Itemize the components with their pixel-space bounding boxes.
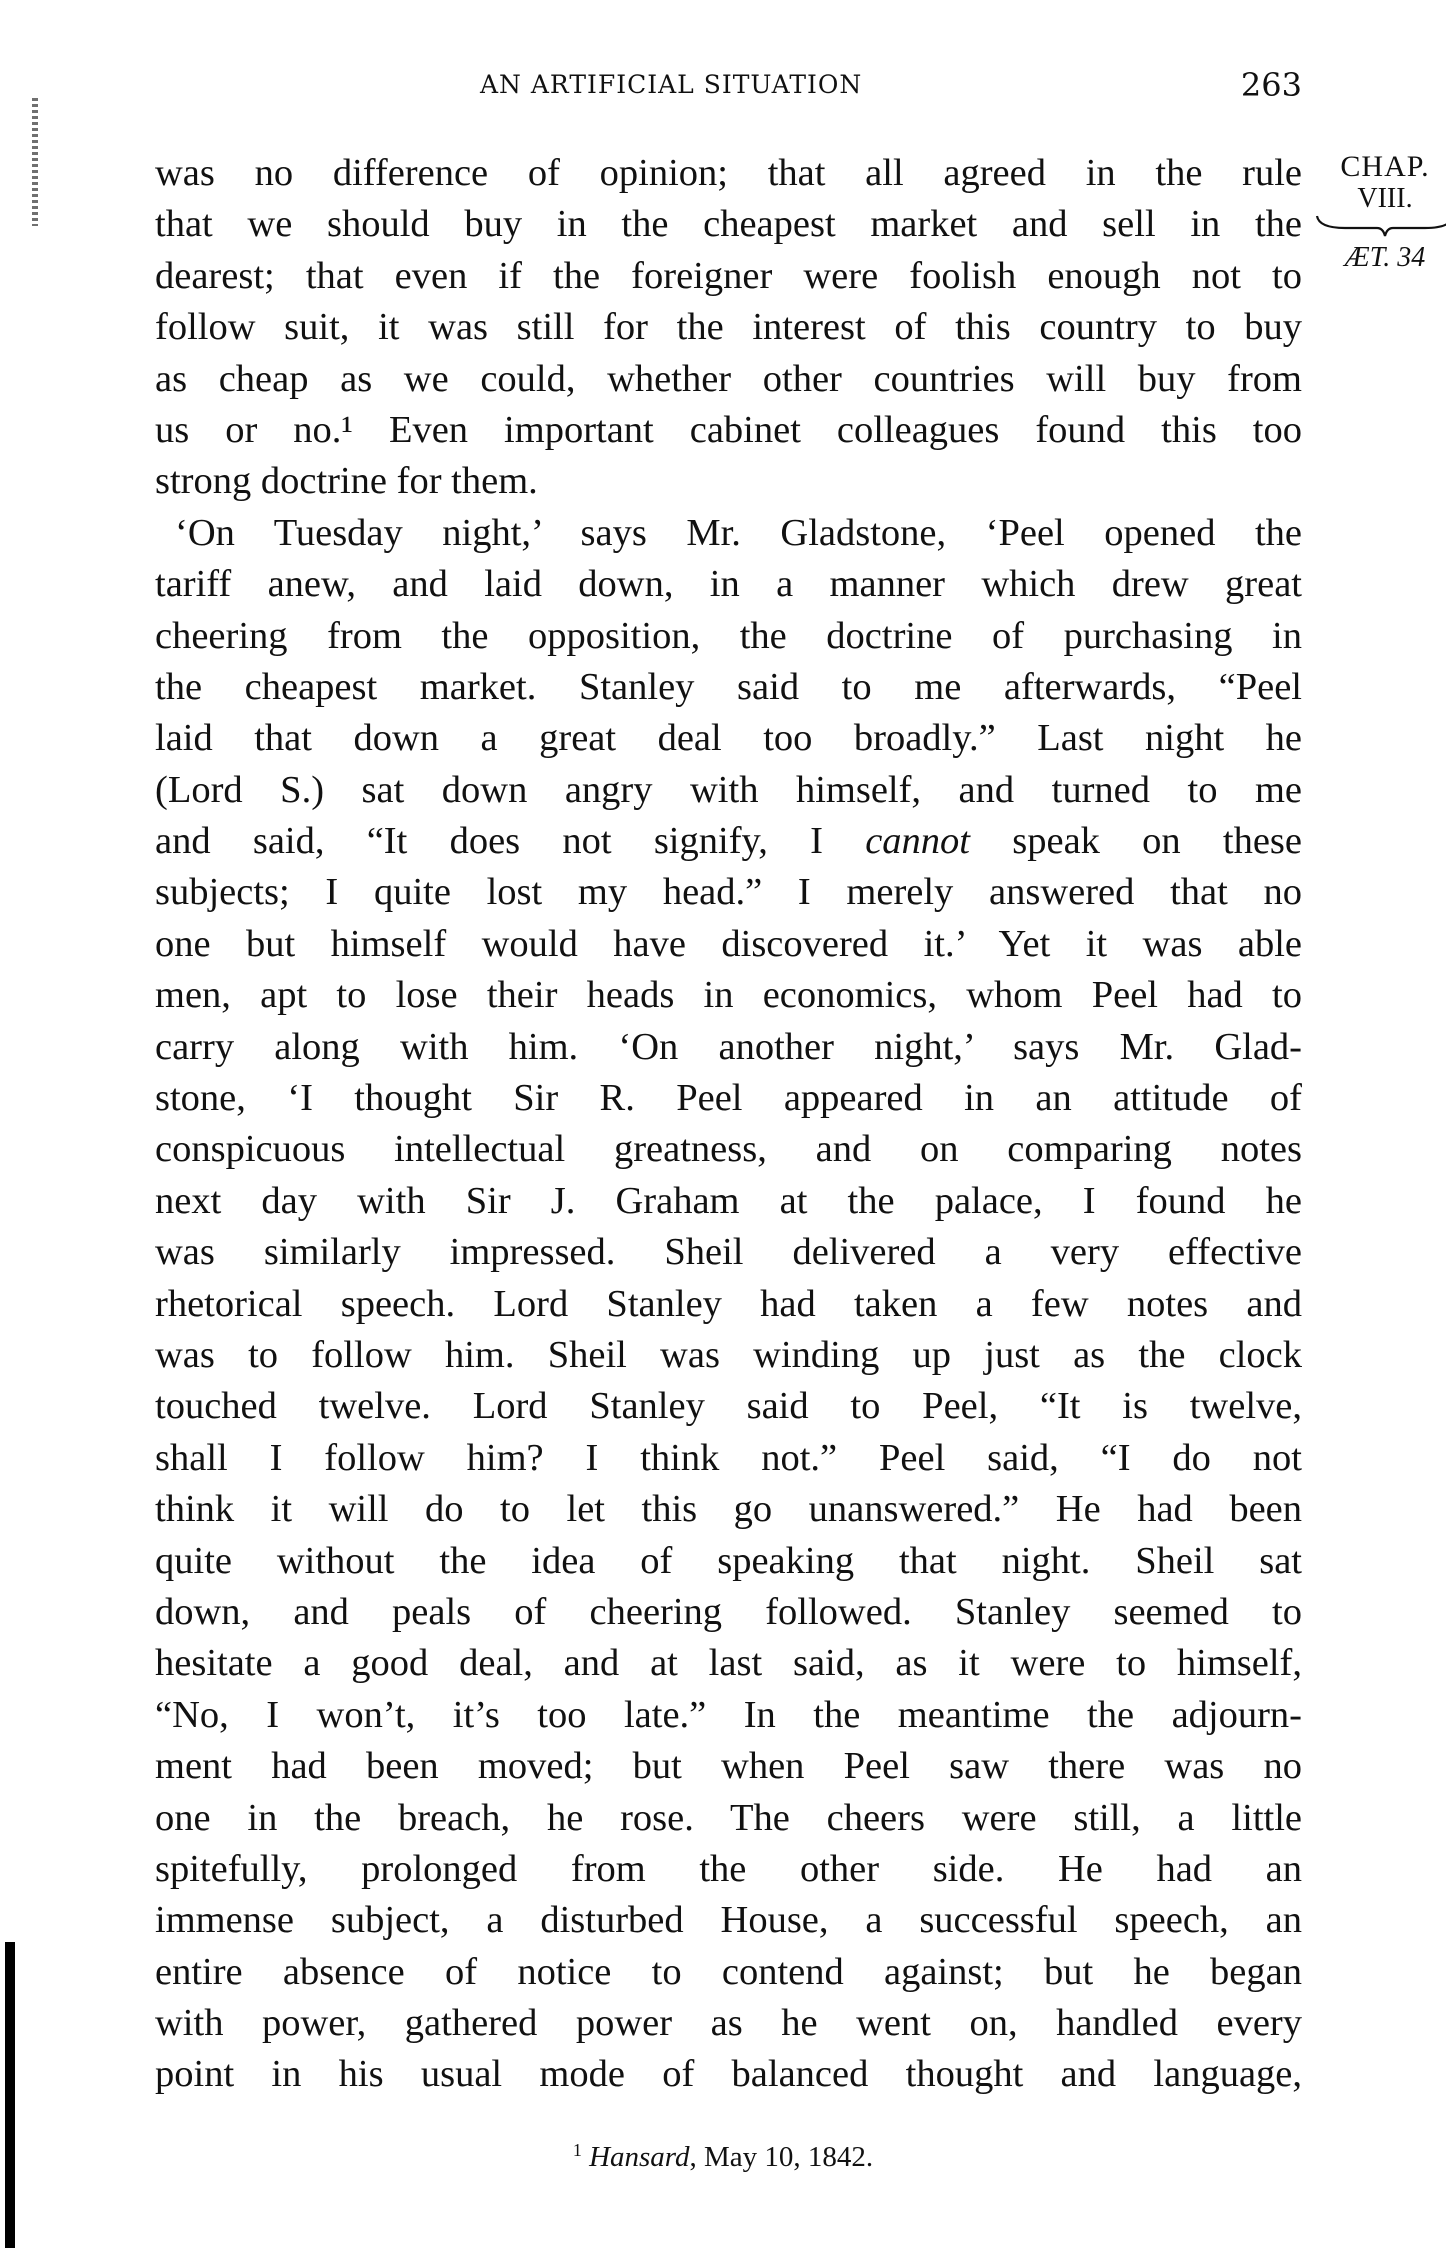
text-line: subjects; I quite lost my head.” I merel… [155,867,1302,918]
footnote: 1 Hansard, May 10, 1842. [0,2140,1446,2174]
text-line: dearest; that even if the foreigner were… [155,251,1302,302]
text-line: carry along with him. ‘On another night,… [155,1022,1302,1073]
text-line: one in the breach, he rose. The cheers w… [155,1793,1302,1844]
body-text: was no difference of opinion; that all a… [155,148,1302,2101]
text-line: cheering from the opposition, the doctri… [155,611,1302,662]
text-line: laid that down a great deal too broadly.… [155,713,1302,764]
text-line: and said, “It does not signify, I cannot… [155,816,1302,867]
running-title: AN ARTIFICIAL SITUATION [480,70,862,99]
text-line: down, and peals of cheering followed. St… [155,1587,1302,1638]
text-line: was similarly impressed. Sheil delivered… [155,1227,1302,1278]
age-label: ÆT. 34 [1310,242,1446,274]
text-line: hesitate a good deal, and at last said, … [155,1638,1302,1689]
text-line: point in his usual mode of balanced thou… [155,2049,1302,2100]
text-line: quite without the idea of speaking that … [155,1536,1302,1587]
text-line: conspicuous intellectual greatness, and … [155,1124,1302,1175]
text-line: next day with Sir J. Graham at the palac… [155,1176,1302,1227]
text-line: men, apt to lose their heads in economic… [155,970,1302,1021]
text-line: was no difference of opinion; that all a… [155,148,1302,199]
text-line: us or no.¹ Even important cabinet collea… [155,405,1302,456]
text-line: immense subject, a disturbed House, a su… [155,1895,1302,1946]
text-line: ment had been moved; but when Peel saw t… [155,1741,1302,1792]
emphasis: cannot [865,820,970,862]
footnote-source: Hansard [589,2141,689,2173]
scan-edge-shadow [5,1942,15,2248]
text-line: touched twelve. Lord Stanley said to Pee… [155,1381,1302,1432]
text-line: follow suit, it was still for the intere… [155,302,1302,353]
text-line: with power, gathered power as he went on… [155,1998,1302,2049]
text-line: shall I follow him? I think not.” Peel s… [155,1433,1302,1484]
text-line: (Lord S.) sat down angry with himself, a… [155,765,1302,816]
chapter-number: VIII. [1310,184,1446,214]
scan-artifact [32,98,38,226]
text-line: strong doctrine for them. [155,456,1302,507]
text-line: ‘On Tuesday night,’ says Mr. Gladstone, … [155,508,1302,559]
text-line: that we should buy in the cheapest marke… [155,199,1302,250]
text-line: stone, ‘I thought Sir R. Peel appeared i… [155,1073,1302,1124]
text-line: “No, I won’t, it’s too late.” In the mea… [155,1690,1302,1741]
chapter-label: CHAP. [1310,150,1446,184]
margin-note: CHAP. VIII. ÆT. 34 [1310,150,1446,274]
running-head: AN ARTIFICIAL SITUATION 263 [155,62,1302,112]
footnote-marker: 1 [573,2140,582,2160]
text-line: the cheapest market. Stanley said to me … [155,662,1302,713]
text-line: spitefully, prolonged from the other sid… [155,1844,1302,1895]
text-line: rhetorical speech. Lord Stanley had take… [155,1279,1302,1330]
text-line: think it will do to let this go unanswer… [155,1484,1302,1535]
page-number: 263 [1241,66,1302,104]
text-line: tariff anew, and laid down, in a manner … [155,559,1302,610]
footnote-date: , May 10, 1842. [690,2141,874,2173]
text-line: one but himself would have discovered it… [155,919,1302,970]
book-page: AN ARTIFICIAL SITUATION 263 CHAP. VIII. … [0,0,1446,2248]
text-line: was to follow him. Sheil was winding up … [155,1330,1302,1381]
text-line: entire absence of notice to contend agai… [155,1947,1302,1998]
text-line: as cheap as we could, whether other coun… [155,354,1302,405]
brace-icon [1315,214,1446,238]
